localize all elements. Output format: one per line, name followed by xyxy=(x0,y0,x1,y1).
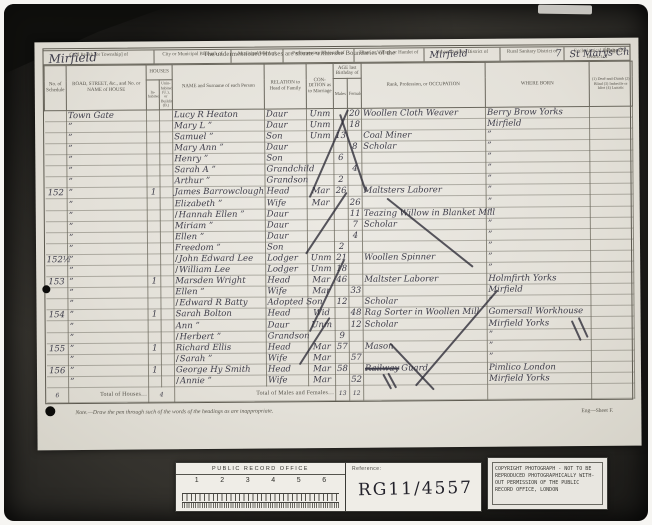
cell-ageM xyxy=(336,374,350,385)
cell-relation: Son xyxy=(265,153,307,164)
census-table-header: No. of Schedule ROAD, STREET, &c., and N… xyxy=(44,61,632,110)
cell-road: ” xyxy=(67,232,147,244)
copyright-line: REPRODUCED PHOTOGRAPHICALLY WITH- xyxy=(495,473,600,480)
copyright-line: COPYRIGHT PHOTOGRAPH - NOT TO BE xyxy=(495,466,600,473)
totals-cell: 4 xyxy=(149,387,175,402)
cell-uninh xyxy=(160,132,173,143)
cell-road: ” xyxy=(67,132,147,144)
cell-sched xyxy=(46,321,68,332)
cell-name: ∕John Edward Lee xyxy=(174,253,266,265)
cell-road: ” xyxy=(67,221,147,233)
cell-inh xyxy=(147,209,160,220)
cell-disab xyxy=(590,228,633,239)
cell-born: ” xyxy=(486,228,590,240)
cell-born: ” xyxy=(487,295,591,307)
cell-ageM: 9 xyxy=(335,330,349,341)
cell-disab xyxy=(591,339,634,350)
cell-ageM xyxy=(334,164,348,175)
col-header-uninhabited: Unin-habited (U.), or Building (B.) xyxy=(159,80,172,110)
cell-disab xyxy=(590,128,633,139)
cell-uninh xyxy=(160,154,173,165)
cell-relation: Wife xyxy=(267,375,309,386)
check-slash-mark: ∕ xyxy=(175,254,178,264)
cell-uninh xyxy=(161,331,174,342)
cell-road: ” xyxy=(67,154,147,166)
cell-disab xyxy=(590,161,633,172)
cell-uninh xyxy=(159,109,172,120)
cell-name: Lucy R Heaton xyxy=(172,109,264,121)
district-value: Mirfield xyxy=(48,50,97,66)
cell-born: Mirfield xyxy=(486,117,590,129)
cell-born: ” xyxy=(486,195,590,207)
cell-disab xyxy=(590,206,633,217)
cell-disab xyxy=(591,328,634,339)
col-header-inhabited: In-habited xyxy=(146,80,159,110)
cell-relation: Head xyxy=(265,186,307,197)
cell-inh xyxy=(147,198,160,209)
cell-uninh xyxy=(160,165,173,176)
cell-name: George Hy Smith xyxy=(174,364,266,376)
cell-sched xyxy=(45,121,67,132)
census-photograph: The undermentioned Houses are situate wi… xyxy=(0,0,652,525)
cell-relation: Son xyxy=(265,131,307,142)
cell-ageF: 18 xyxy=(348,119,362,130)
cell-sched xyxy=(45,221,67,232)
cell-occupation: Rag Sorter in Woollen Mill xyxy=(363,307,487,319)
district-value: Mirfield xyxy=(429,49,468,62)
cell-born: ” xyxy=(486,173,590,185)
cell-sched xyxy=(45,155,67,166)
copyright-box: COPYRIGHT PHOTOGRAPH - NOT TO BEREPRODUC… xyxy=(487,457,608,510)
cell-condition: Mar xyxy=(308,352,335,363)
cell-ageF xyxy=(349,341,363,352)
cell-inh xyxy=(147,243,160,254)
cell-relation: Grandchild xyxy=(265,164,307,175)
cell-name: Sarah Bolton xyxy=(174,308,266,320)
cell-relation: Grandson xyxy=(265,175,307,186)
pro-label-strip: PUBLIC RECORD OFFICE 123456 Reference: R… xyxy=(175,462,482,512)
cell-ageM xyxy=(335,352,349,363)
cell-road: ” xyxy=(68,343,148,355)
cell-relation: Wife xyxy=(265,197,307,208)
cell-disab xyxy=(591,250,634,261)
cell-road: ” xyxy=(68,309,148,321)
cell-name: James Barrowclough xyxy=(173,186,265,198)
district-label: Town or Village or Hamlet of xyxy=(354,48,423,56)
cell-relation: Son xyxy=(265,242,307,253)
cell-road: ” xyxy=(68,354,148,366)
cell-ageM: 12 xyxy=(335,297,349,308)
cell-inh: 1 xyxy=(148,365,161,376)
district-box: City or Municipal Borough of xyxy=(155,50,231,64)
cell-ageF xyxy=(348,186,362,197)
cell-condition: Mar xyxy=(309,374,336,385)
cell-ageF: 11 xyxy=(348,208,362,219)
totals-cell: 6 xyxy=(47,388,69,403)
cell-sched xyxy=(45,177,67,188)
cell-ageF xyxy=(349,274,363,285)
cell-relation: Daur xyxy=(265,208,307,219)
cell-disab xyxy=(591,283,634,294)
cell-uninh xyxy=(160,231,173,242)
cell-disab xyxy=(590,217,633,228)
cell-disab xyxy=(591,239,634,250)
cell-uninh xyxy=(160,187,173,198)
cell-name: Marsden Wright xyxy=(174,275,266,287)
district-box: Urban Sanitary District ofMirfield xyxy=(424,48,500,62)
cell-disab xyxy=(590,150,633,161)
cell-disab xyxy=(590,195,633,206)
col-header-born: WHERE BORN xyxy=(485,62,589,107)
cell-road: ” xyxy=(68,265,148,277)
cell-road: ” xyxy=(69,376,149,388)
cell-ageF: 20 xyxy=(347,108,361,119)
cell-born: Pimlico London xyxy=(487,361,591,373)
cell-occupation: Teazing Willow in Blanket Mill xyxy=(362,207,486,219)
cell-sched xyxy=(45,232,67,243)
cell-sched: 152 xyxy=(45,188,67,199)
cell-disab xyxy=(590,117,633,128)
district-box: Ecclesiastical Parish or District ofSt M… xyxy=(565,47,630,61)
cell-road: ” xyxy=(67,121,147,133)
cell-relation: Lodger xyxy=(266,253,308,264)
cell-inh xyxy=(148,287,161,298)
cell-road: ” xyxy=(68,365,148,377)
ruler-ticks-minor xyxy=(182,502,339,508)
cell-condition: Wid xyxy=(308,308,335,319)
totals-row: 6Total of Houses…4Total of Males and Fem… xyxy=(47,383,635,403)
col-header-houses: HOUSES xyxy=(146,65,172,80)
cell-name: Ellen ” xyxy=(174,286,266,298)
cell-born: ” xyxy=(486,139,590,151)
cell-sched xyxy=(45,210,67,221)
cell-inh xyxy=(148,254,161,265)
cell-road: ” xyxy=(68,298,148,310)
cell-inh xyxy=(148,331,161,342)
cell-born: ” xyxy=(486,162,590,174)
cell-ageM xyxy=(335,286,349,297)
footnote: Note.—Draw the pen through such of the w… xyxy=(75,409,273,417)
district-box: Rural Sanitary District of7 xyxy=(500,47,565,61)
reference-box: Reference: RG11/4557 xyxy=(346,463,481,511)
cell-ageF: 52 xyxy=(350,374,364,385)
cell-road: ” xyxy=(67,198,147,210)
cell-born: ” xyxy=(486,217,590,229)
cell-ageF: 48 xyxy=(349,308,363,319)
cell-uninh xyxy=(160,243,173,254)
cell-inh xyxy=(147,165,160,176)
cell-inh xyxy=(147,220,160,231)
check-slash-mark: ∕ xyxy=(175,210,178,220)
cell-name: ∕Annie ” xyxy=(175,375,267,387)
cell-name: ∕Herbert ” xyxy=(174,331,266,343)
cell-name: Ellen ” xyxy=(173,231,265,243)
cell-name: Richard Ellis xyxy=(174,342,266,354)
district-box: Town or Village or Hamlet of xyxy=(354,48,424,62)
col-header-schedule: No. of Schedule xyxy=(44,66,66,111)
census-body: Town GateLucy R HeatonDaurUnm20Woollen C… xyxy=(44,106,634,403)
totals-cell xyxy=(488,384,592,400)
cell-relation: Daur xyxy=(266,319,308,330)
cell-ageF xyxy=(349,363,363,374)
cell-inh: 1 xyxy=(148,276,161,287)
cell-ageM: 6 xyxy=(334,152,348,163)
district-value: 7 xyxy=(556,48,563,59)
cell-uninh xyxy=(161,298,174,309)
totals-cell: Total of Houses… xyxy=(69,387,149,403)
cell-ageM xyxy=(335,308,349,319)
totals-cell: 13 xyxy=(336,385,350,400)
cell-disab xyxy=(589,106,632,117)
cell-relation: Wife xyxy=(266,286,308,297)
check-slash-mark: ∕ xyxy=(176,354,179,364)
col-header-relation: RELATION to Head of Family xyxy=(264,64,306,109)
cell-sched xyxy=(45,243,67,254)
cell-sched xyxy=(46,332,68,343)
cell-sched xyxy=(46,266,68,277)
cell-inh xyxy=(147,121,160,132)
totals-cell xyxy=(364,384,488,400)
cell-ageM xyxy=(334,141,348,152)
cell-name: ∕Edward R Batty xyxy=(174,297,266,309)
cell-uninh xyxy=(161,342,174,353)
cell-ageF xyxy=(349,252,363,263)
district-label: Municipal Ward of xyxy=(231,49,283,57)
cell-sched: 155 xyxy=(46,343,68,354)
struck-word: Railway xyxy=(365,363,399,373)
cell-inh: 1 xyxy=(148,309,161,320)
cell-uninh xyxy=(161,265,174,276)
check-slash-mark: ∕ xyxy=(175,265,178,275)
check-slash-mark: ∕ xyxy=(176,332,179,342)
cell-inh xyxy=(147,143,160,154)
col-header-disability: (1) Deaf-and-Dumb (2) Blind (3) Imbecile… xyxy=(589,61,632,106)
cell-name: Freedom ” xyxy=(173,242,265,254)
cell-condition xyxy=(307,175,334,186)
cell-uninh xyxy=(160,176,173,187)
copyright-line: OUT PERMISSION OF THE PUBLIC xyxy=(495,480,600,487)
cell-ageM: 2 xyxy=(334,241,348,252)
cell-inh xyxy=(148,320,161,331)
cell-born: ” xyxy=(486,206,590,218)
cell-disab xyxy=(590,139,633,150)
cell-condition: Unm xyxy=(306,108,333,119)
cell-born: Berry Brow Yorks xyxy=(485,106,589,118)
cell-relation: Head xyxy=(266,341,308,352)
cell-name: Arthur ” xyxy=(173,175,265,187)
cell-inh xyxy=(148,298,161,309)
sheet-mark: Eng—Sheet F. xyxy=(581,408,613,414)
cell-ageF: 33 xyxy=(349,285,363,296)
cell-inh xyxy=(147,232,160,243)
cell-road: ” xyxy=(68,254,148,266)
cell-inh xyxy=(147,132,160,143)
cell-born: Gomersall Workhouse xyxy=(487,306,591,318)
district-label: Parliamentary Borough of xyxy=(284,49,353,57)
cell-condition: Mar xyxy=(308,363,335,374)
cell-ageF: 57 xyxy=(349,352,363,363)
page-blemish xyxy=(45,406,55,416)
cell-uninh xyxy=(160,198,173,209)
cell-disab xyxy=(591,361,634,372)
cell-inh xyxy=(148,265,161,276)
cell-name: Mary Ann ” xyxy=(173,142,265,154)
district-label: City or Municipal Borough of xyxy=(155,50,230,58)
cell-ageM xyxy=(335,319,349,330)
cell-uninh xyxy=(161,276,174,287)
cell-ageM: 57 xyxy=(335,341,349,352)
cell-born: ” xyxy=(486,151,590,163)
cell-disab xyxy=(591,294,634,305)
cell-uninh xyxy=(162,376,175,387)
cell-ageF xyxy=(349,330,363,341)
cell-uninh xyxy=(161,365,174,376)
cell-born: ” xyxy=(487,350,591,362)
cell-sched: 152½ xyxy=(46,254,68,265)
cell-inh xyxy=(146,110,159,121)
cell-born: Mirfield Yorks xyxy=(488,372,592,384)
cell-inh xyxy=(147,154,160,165)
cell-uninh xyxy=(160,220,173,231)
cell-ageM: 58 xyxy=(335,363,349,374)
cell-sched xyxy=(45,132,67,143)
cell-ageF xyxy=(348,241,362,252)
cell-condition: Unm xyxy=(307,119,334,130)
cell-road: ” xyxy=(68,320,148,332)
cell-disab xyxy=(592,372,635,383)
cell-born: Holmfirth Yorks xyxy=(487,273,591,285)
cell-road: ” xyxy=(67,165,147,177)
col-header-age: AGE last Birthday of xyxy=(333,64,361,79)
col-header-females: Females xyxy=(347,79,361,109)
cell-ageM: 2 xyxy=(334,175,348,186)
cell-born: ” xyxy=(486,128,590,140)
scan-edge-artifact xyxy=(538,5,592,15)
cell-relation: Adopted Son xyxy=(266,297,308,308)
cell-name: ∕Hannah Ellen ” xyxy=(173,209,265,221)
cell-disab xyxy=(590,183,633,194)
cell-inh: 1 xyxy=(147,187,160,198)
col-header-name: NAME and Surname of each Person xyxy=(172,64,264,109)
cell-sched xyxy=(47,377,69,388)
cell-uninh xyxy=(161,287,174,298)
cell-disab xyxy=(590,172,633,183)
cell-name: ∕William Lee xyxy=(174,264,266,276)
cell-uninh xyxy=(160,121,173,132)
cell-inh xyxy=(149,376,162,387)
ruler-ticks-major xyxy=(182,493,339,501)
cell-ageF: 7 xyxy=(348,219,362,230)
cell-disab xyxy=(591,261,634,272)
cell-name: Mary L ” xyxy=(173,120,265,132)
cell-name: Elizabeth ” xyxy=(173,197,265,209)
cell-sched xyxy=(44,110,66,121)
copyright-line: RECORD OFFICE, LONDON xyxy=(495,487,600,494)
col-header-road: ROAD, STREET, &c., and No. or NAME of HO… xyxy=(66,65,146,110)
cell-sched xyxy=(45,166,67,177)
district-box: Civil Parish [or Township] ofMirfield xyxy=(43,50,154,64)
cell-relation: Daur xyxy=(265,142,307,153)
ruler-number: 3 xyxy=(246,477,250,484)
cell-relation: Head xyxy=(266,308,308,319)
cell-relation: Daur xyxy=(265,219,307,230)
cell-born: ” xyxy=(487,339,591,351)
cell-uninh xyxy=(161,320,174,331)
cell-relation: Daur xyxy=(265,119,307,130)
cell-born: Mirfield xyxy=(487,284,591,296)
cell-name: Henry ” xyxy=(173,153,265,165)
cell-born: ” xyxy=(487,261,591,273)
cell-born: ” xyxy=(487,250,591,262)
cell-ageF: 12 xyxy=(349,319,363,330)
ruler-number: 1 xyxy=(195,477,199,484)
cell-road: ” xyxy=(67,187,147,199)
cell-road: ” xyxy=(68,287,148,299)
cell-sched xyxy=(45,144,67,155)
cell-born: ” xyxy=(486,184,590,196)
cell-sched xyxy=(46,299,68,310)
cell-relation: Daur xyxy=(264,108,306,119)
census-table: No. of Schedule ROAD, STREET, &c., and N… xyxy=(44,61,636,403)
cell-name: Ann ” xyxy=(174,320,266,332)
totals-cell: Total of Males and Females… xyxy=(175,386,336,402)
cell-disab xyxy=(591,317,634,328)
ruler-number: 5 xyxy=(297,477,301,484)
cell-ageF xyxy=(349,297,363,308)
col-header-condition: CON- DITION as to Marriage xyxy=(306,64,333,109)
cell-sched: 156 xyxy=(46,365,68,376)
cell-condition: Unm xyxy=(308,252,335,263)
page-blemish xyxy=(42,285,50,293)
ruler-numbers: 123456 xyxy=(176,475,345,484)
cell-relation: Head xyxy=(266,275,308,286)
cell-road: ” xyxy=(67,209,147,221)
cell-uninh xyxy=(161,354,174,365)
cell-road: ” xyxy=(67,176,147,188)
cell-road: ” xyxy=(67,243,147,255)
reference-label: Reference: xyxy=(352,466,381,472)
cell-name: Sarah A ” xyxy=(173,164,265,176)
cell-disab xyxy=(591,272,634,283)
cell-disab xyxy=(591,350,634,361)
cell-name: ∕Sarah ” xyxy=(174,353,266,365)
cell-ageF: 26 xyxy=(348,197,362,208)
cell-condition: Unm xyxy=(307,130,334,141)
cell-sched xyxy=(46,354,68,365)
cell-ageM xyxy=(334,230,348,241)
check-slash-mark: ∕ xyxy=(176,376,179,386)
cell-uninh xyxy=(161,309,174,320)
reference-number: RG11/4557 xyxy=(358,478,473,500)
cell-relation: Grandson xyxy=(266,330,308,341)
cell-sched xyxy=(45,199,67,210)
cell-disab xyxy=(591,306,634,317)
public-record-office-label: PUBLIC RECORD OFFICE xyxy=(176,463,345,475)
cell-uninh xyxy=(160,143,173,154)
copyright-text: COPYRIGHT PHOTOGRAPH - NOT TO BEREPRODUC… xyxy=(492,462,603,505)
district-box: Municipal Ward of xyxy=(231,49,284,63)
col-header-males: Males xyxy=(333,79,347,109)
col-header-occupation: Rank, Profession, or OCCUPATION xyxy=(361,63,485,108)
cell-name: Samuel ” xyxy=(173,131,265,143)
cell-relation: Lodger xyxy=(266,264,308,275)
cell-inh xyxy=(148,354,161,365)
cell-ageF: 4 xyxy=(348,230,362,241)
measuring-scale: PUBLIC RECORD OFFICE 123456 xyxy=(176,463,346,511)
cell-condition xyxy=(307,153,334,164)
totals-cell: 12 xyxy=(350,385,364,400)
cell-name: Miriam ” xyxy=(173,220,265,232)
